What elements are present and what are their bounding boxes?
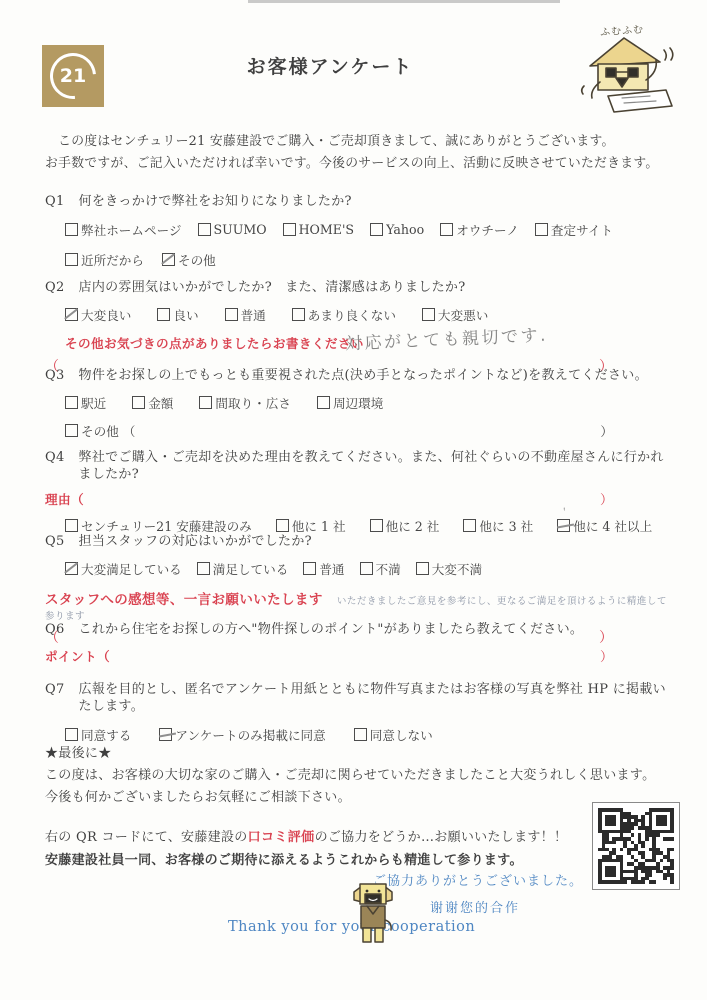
close-paren: ） xyxy=(600,421,613,440)
dog-house-mascot-writing-illustration xyxy=(578,20,678,116)
checkbox xyxy=(197,562,210,575)
question-4: Q4 弊社でご購入・ご売却を決めた理由を教えてください。また、何社ぐらいの不動産… xyxy=(45,449,667,535)
closing-line-2: 今後も何かございましたらお気軽にご相談下さい。 xyxy=(45,787,665,809)
checkbox xyxy=(199,396,212,409)
checkbox xyxy=(416,562,429,575)
question-4-heading: Q4 弊社でご購入・ご売却を決めた理由を教えてください。また、何社ぐらいの不動産… xyxy=(45,449,667,483)
question-4-reason-line: 理由（ ） xyxy=(45,489,613,508)
checkbox xyxy=(65,519,78,532)
qr-line1-post: のご協力をどうか…お願いいたします！！ xyxy=(315,830,568,845)
option-surroundings: 周辺環境 xyxy=(317,393,383,412)
reason-label: 理由（ xyxy=(45,489,84,508)
question-5-comment-prompt: スタッフへの感想等、一言お願いいたします いただきましたご意見を参考にし、更なる… xyxy=(45,588,667,623)
option-suumo: SUUMO xyxy=(198,222,267,237)
option-yahoo: Yahoo xyxy=(370,222,424,237)
closing-line-1: この度は、お客様の大切な家のご購入・ご売却に関らせていただきましたこと大変うれし… xyxy=(45,765,665,787)
checkbox xyxy=(422,308,435,321)
intro-line-2: お手数ですが、ご記入いただければ幸いです。今後のサービスの向上、活動に反映させて… xyxy=(45,153,665,175)
question-5-text: 担当スタッフの対応はいかがでしたか? xyxy=(79,533,312,550)
review-highlight: 口コミ評価 xyxy=(248,830,315,845)
option-very-bad: 大変悪い xyxy=(422,305,488,324)
question-3-text: 物件をお探しの上でもっとも重要視された点(決め手となったポイントなど)を教えてく… xyxy=(79,367,648,384)
staff-feedback-label: スタッフへの感想等、一言お願いいたします xyxy=(45,592,323,608)
question-7-text: 広報を目的とし、匿名でアンケート用紙とともに物件写真またはお客様の写真を弊社 H… xyxy=(79,681,667,715)
question-6-answer-line: ポイント（ ） xyxy=(45,646,613,665)
checkbox xyxy=(440,223,453,236)
checkbox xyxy=(65,253,78,266)
checkbox xyxy=(292,308,305,321)
option-normal: 普通 xyxy=(303,559,344,578)
question-2: Q2 店内の雰囲気はいかがでしたか? また、清潔感はありましたか? 大変良い 良… xyxy=(45,279,667,376)
question-1-text: 何をきっかけで弊社をお知りになりましたか? xyxy=(79,193,352,210)
option-near-station: 駅近 xyxy=(65,393,106,412)
question-3-heading: Q3 物件をお探しの上でもっとも重要視された点(決め手となったポイントなど)を教… xyxy=(45,367,667,384)
question-1: Q1 何をきっかけで弊社をお知りになりましたか? 弊社ホームページ SUUMO … xyxy=(45,193,667,269)
question-3-number: Q3 xyxy=(45,367,65,384)
checkbox xyxy=(276,519,289,532)
option-layout-size: 間取り・広さ xyxy=(199,393,291,412)
option-very-dissatisfied: 大変不満 xyxy=(416,559,482,578)
option-very-satisfied: 大変満足している xyxy=(65,559,182,578)
option-ouchino: オウチーノ xyxy=(440,220,519,239)
question-7-heading: Q7 広報を目的とし、匿名でアンケート用紙とともに物件写真またはお客様の写真を弊… xyxy=(45,681,667,715)
checkbox xyxy=(65,223,78,236)
checkbox xyxy=(535,223,548,236)
qr-request-paragraph: 右の QR コードにて、安藤建設の口コミ評価のご協力をどうか…お願いいたします！… xyxy=(45,829,605,869)
option-disagree: 同意しない xyxy=(354,725,433,744)
question-4-text: 弊社でご購入・ご売却を決めた理由を教えてください。また、何社ぐらいの不動産屋さん… xyxy=(79,449,667,483)
intro-paragraph: この度はセンチュリー21 安藤建設でご購入・ご売却頂きまして、誠にありがとうござ… xyxy=(45,131,665,175)
question-2-number: Q2 xyxy=(45,279,65,296)
option-good: 良い xyxy=(157,305,198,324)
checkbox xyxy=(132,396,145,409)
checkbox xyxy=(225,308,238,321)
checkbox xyxy=(65,424,78,437)
checkbox xyxy=(317,396,330,409)
checkbox-checked xyxy=(162,253,175,266)
option-satisfied: 満足している xyxy=(197,559,289,578)
option-not-so-good: あまり良くない xyxy=(292,305,396,324)
checkbox xyxy=(354,728,367,741)
option-company-homepage: 弊社ホームページ xyxy=(65,220,182,239)
qr-line1-pre: 右の QR コードにて、安藤建設の xyxy=(45,830,248,845)
question-2-options: 大変良い 良い 普通 あまり良くない 大変悪い xyxy=(65,305,667,324)
checkbox xyxy=(198,223,211,236)
scanner-edge-artifact xyxy=(248,0,560,3)
option-normal: 普通 xyxy=(225,305,266,324)
question-7: Q7 広報を目的とし、匿名でアンケート用紙とともに物件写真またはお客様の写真を弊… xyxy=(45,681,667,744)
option-neighborhood: 近所だから xyxy=(65,250,144,269)
question-5-number: Q5 xyxy=(45,533,65,550)
question-2-text: 店内の雰囲気はいかがでしたか? また、清潔感はありましたか? xyxy=(79,279,466,296)
question-1-options-row-1: 弊社ホームページ SUUMO HOME'S Yahoo オウチーノ 査定サイト xyxy=(65,220,667,239)
intro-line-1: この度はセンチュリー21 安藤建設でご購入・ご売却頂きまして、誠にありがとうござ… xyxy=(45,131,665,153)
checkbox xyxy=(370,519,383,532)
question-6: Q6 これから住宅をお探しの方へ"物件探しのポイント"がありましたら教えてくださ… xyxy=(45,621,667,665)
open-paren: （ xyxy=(123,421,136,440)
option-survey-only-agree: アンケートのみ掲載に同意 xyxy=(159,725,325,744)
question-3-other-row: その他（ ） xyxy=(65,421,613,440)
question-5-options: 大変満足している 満足している 普通 不満 大変不満 xyxy=(65,559,667,578)
qr-request-line-1: 右の QR コードにて、安藤建設の口コミ評価のご協力をどうか…お願いいたします！… xyxy=(45,829,605,846)
scanned-survey-page: 21 お客様アンケート ふむふむ この度はセンチュリー21 安藤建設でご購入・ご… xyxy=(0,0,707,1000)
checkbox xyxy=(463,519,476,532)
question-1-number: Q1 xyxy=(45,193,65,210)
question-6-number: Q6 xyxy=(45,621,65,638)
dog-mascot-illustration xyxy=(350,880,396,952)
question-7-options: 同意する アンケートのみ掲載に同意 同意しない xyxy=(65,725,667,744)
checkbox-checked xyxy=(65,562,78,575)
thanks-japanese: ご協力ありがとうございました。 xyxy=(283,870,583,889)
question-4-number: Q4 xyxy=(45,449,65,483)
qr-code xyxy=(592,802,680,890)
point-label: ポイント（ xyxy=(45,646,110,665)
checkbox xyxy=(283,223,296,236)
page-title: お客様アンケート xyxy=(0,52,660,79)
checkbox xyxy=(360,562,373,575)
question-5-heading: Q5 担当スタッフの対応はいかがでしたか? xyxy=(45,533,667,550)
question-6-heading: Q6 これから住宅をお探しの方へ"物件探しのポイント"がありましたら教えてくださ… xyxy=(45,621,667,638)
closing-star-heading: ★最後に★ xyxy=(45,743,665,765)
option-very-good: 大変良い xyxy=(65,305,131,324)
checkbox xyxy=(157,308,170,321)
option-satei-site: 査定サイト xyxy=(535,220,613,239)
close-paren: ） xyxy=(600,646,613,665)
checkbox xyxy=(65,396,78,409)
question-2-heading: Q2 店内の雰囲気はいかがでしたか? また、清潔感はありましたか? xyxy=(45,279,667,296)
qr-code-pattern xyxy=(598,808,674,884)
checkbox-checked xyxy=(65,308,78,321)
checkbox-checked xyxy=(557,519,570,532)
qr-request-line-2: 安藤建設社員一同、お客様のご期待に添えるようこれからも精進して参ります。 xyxy=(45,852,605,869)
checkbox xyxy=(65,728,78,741)
question-1-options-row-2: 近所だから その他 xyxy=(65,250,667,269)
closing-paragraph: ★最後に★ この度は、お客様の大切な家のご購入・ご売却に関らせていただきましたこ… xyxy=(45,743,665,809)
question-1-heading: Q1 何をきっかけで弊社をお知りになりましたか? xyxy=(45,193,667,210)
question-3: Q3 物件をお探しの上でもっとも重要視された点(決め手となったポイントなど)を教… xyxy=(45,367,667,440)
close-paren: ） xyxy=(600,489,613,508)
question-3-options: 駅近 金額 間取り・広さ 周辺環境 xyxy=(65,393,667,412)
option-dissatisfied: 不満 xyxy=(360,559,401,578)
option-agree: 同意する xyxy=(65,725,131,744)
question-6-text: これから住宅をお探しの方へ"物件探しのポイント"がありましたら教えてください。 xyxy=(79,621,584,638)
question-7-number: Q7 xyxy=(45,681,65,715)
checkbox-checked xyxy=(159,728,172,741)
option-other: その他（ xyxy=(65,421,135,440)
checkbox xyxy=(303,562,316,575)
option-price: 金額 xyxy=(132,393,173,412)
option-homes: HOME'S xyxy=(283,222,355,237)
checkbox xyxy=(370,223,383,236)
option-other: その他 xyxy=(162,250,216,269)
